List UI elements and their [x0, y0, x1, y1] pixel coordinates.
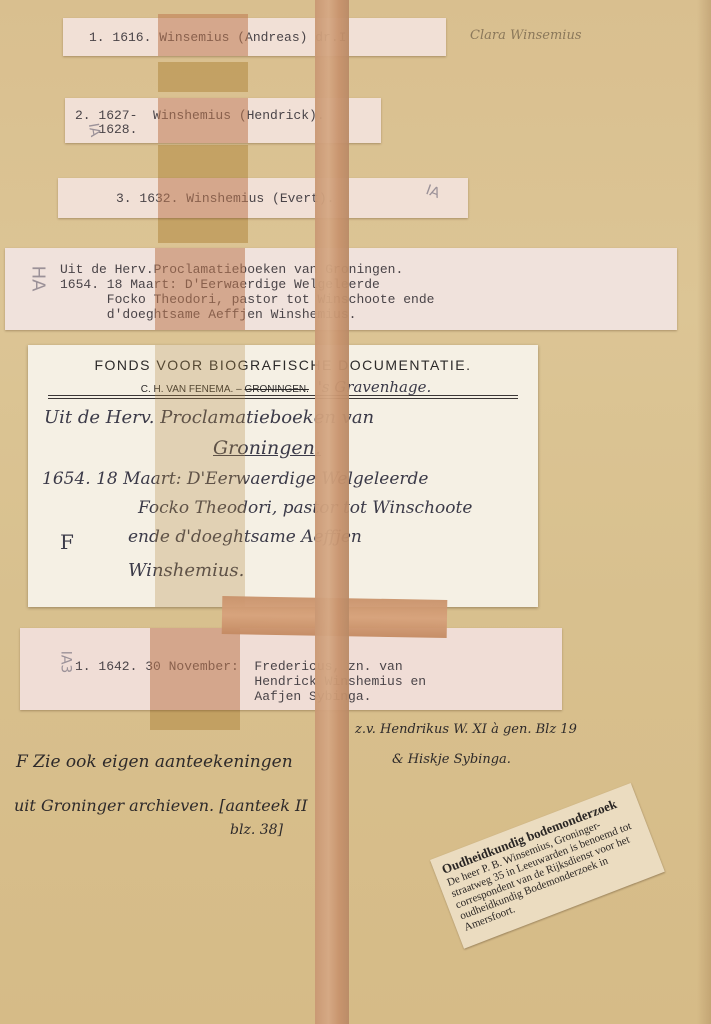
handwritten-note-right: & Hiskje Sybinga.	[392, 752, 511, 767]
handwritten-note-left: blz. 38]	[230, 822, 283, 838]
pencil-mark: HA	[27, 266, 48, 292]
biographical-card: FONDS VOOR BIOGRAFISCHE DOCUMENTATIE. C.…	[28, 345, 538, 607]
tape-vertical	[315, 0, 349, 1024]
pencil-mark: IA	[85, 122, 103, 138]
tape-old	[158, 178, 248, 218]
tape-old	[158, 14, 248, 56]
handwritten-note-left: uit Groninger archieven. [aanteek II	[14, 796, 308, 815]
typed-strip-1616: 1. 1616. Winsemius (Andreas) dr.I	[63, 18, 446, 56]
card-subheader-struck: GRONINGEN.	[244, 384, 308, 395]
strip-text: Hendrick Winshemius en	[75, 674, 426, 689]
tape-residue	[158, 145, 248, 180]
typed-strip-1632: 3. 1632. Winshemius (Evert). IA	[58, 178, 468, 218]
card-rule	[48, 395, 518, 396]
card-rule	[48, 398, 518, 399]
pencil-mark: IA	[424, 182, 442, 202]
handwritten-note-right: z.v. Hendrikus W. XI à gen. Blz 19	[355, 722, 577, 737]
tape-old	[158, 98, 248, 143]
pencil-mark: IA3	[57, 651, 73, 674]
strip-text: Focko Theodori, pastor tot Winschoote en…	[60, 292, 434, 307]
typed-strip-1642: 1. 1642. 30 November: Fredericus, zn. va…	[20, 628, 562, 710]
newspaper-clipping: Oudheidkundig bodemonderzoek De heer P. …	[430, 783, 665, 949]
tape-old	[150, 628, 240, 710]
card-header: FONDS VOOR BIOGRAFISCHE DOCUMENTATIE.	[28, 357, 538, 373]
tape-residue	[158, 62, 248, 92]
page-edge	[697, 0, 711, 1024]
tape-old	[155, 345, 245, 607]
card-margin-mark: F	[60, 530, 74, 554]
handwritten-note-left: F Zie ook eigen aanteekeningen	[16, 752, 293, 772]
card-subheader: C. H. VAN FENEMA. – GRONINGEN. 's Graven…	[28, 378, 538, 396]
tape-old	[155, 248, 245, 330]
tape-residue	[158, 218, 248, 243]
handwritten-note-top-right: Clara Winsemius	[470, 28, 582, 43]
